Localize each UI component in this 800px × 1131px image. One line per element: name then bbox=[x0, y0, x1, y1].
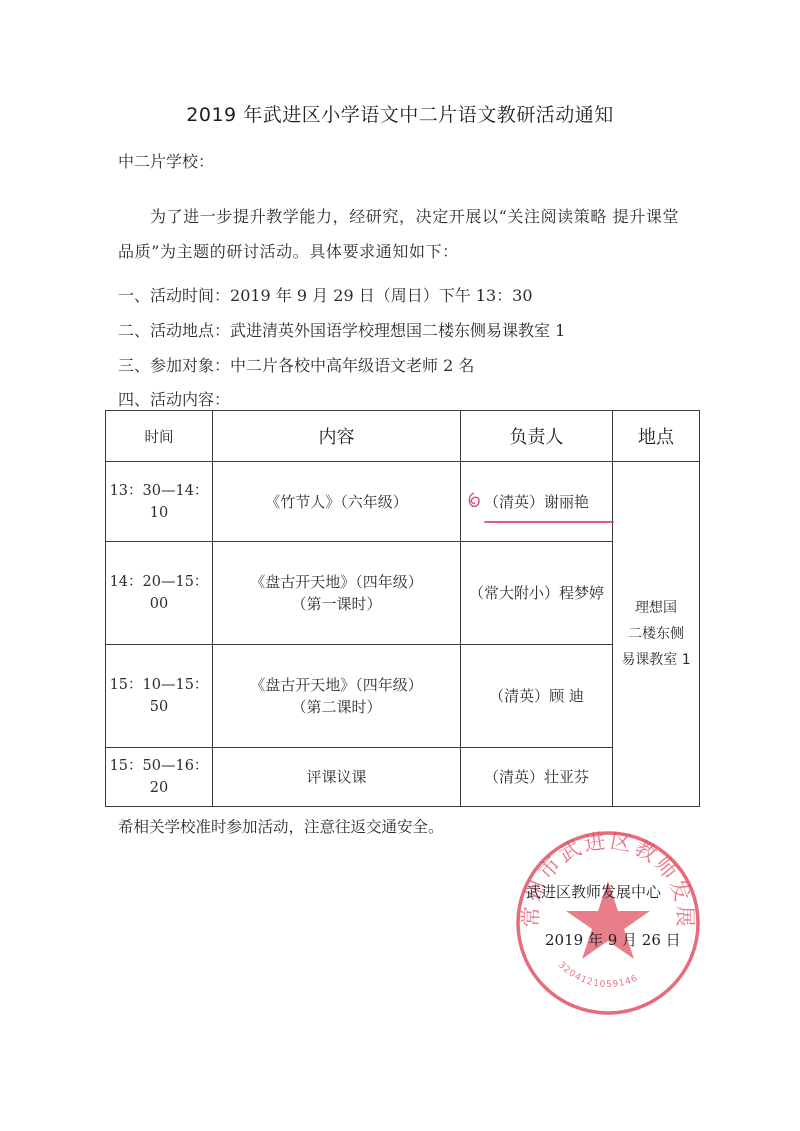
intro-paragraph-line-1: 为了进一步提升教学能力，经研究，决定开展以“关注阅读策略 提升课堂 bbox=[150, 204, 679, 227]
closing-remark: 希相关学校准时参加活动，注意往返交通安全。 bbox=[118, 815, 444, 837]
content-line: 《盘古开天地》（四年级） bbox=[213, 674, 460, 696]
cell-content: 《盘古开天地》（四年级） （第二课时） bbox=[213, 645, 461, 748]
item-label: 三、参加对象： bbox=[118, 356, 230, 375]
salutation: 中二片学校： bbox=[118, 149, 214, 172]
content-line: 《竹节人》（六年级） bbox=[213, 491, 460, 513]
svg-text:3204121059146: 3204121059146 bbox=[556, 960, 640, 990]
content-line: 《盘古开天地》（四年级） bbox=[213, 571, 460, 593]
item-activity-content: 四、活动内容： bbox=[118, 387, 230, 410]
content-line: （第一课时） bbox=[213, 593, 460, 615]
header-place: 地点 bbox=[613, 411, 700, 462]
table-row: 13：30—14：10 《竹节人》（六年级） （清英）谢丽艳 理想国 二楼东侧 … bbox=[106, 462, 700, 542]
cell-person: （常大附小）程梦婷 bbox=[461, 542, 613, 645]
item-label: 二、活动地点： bbox=[118, 321, 230, 340]
place-line: 二楼东侧 bbox=[613, 621, 699, 647]
person-name: （清英）谢丽艳 bbox=[484, 493, 589, 511]
cell-person: （清英）谢丽艳 bbox=[461, 462, 613, 542]
place-line: 易课教室 1 bbox=[613, 647, 699, 673]
cell-person: （清英）顾 迪 bbox=[461, 645, 613, 748]
official-seal-icon: 常州市武进区教师发展中心 3204121059146 bbox=[508, 823, 708, 1023]
signature-date: 2019 年 9 月 26 日 bbox=[545, 929, 681, 950]
cell-content: 评课议课 bbox=[213, 748, 461, 807]
cell-time: 15：50—16：20 bbox=[106, 748, 213, 807]
cell-time: 14：20—15：00 bbox=[106, 542, 213, 645]
cell-person: （清英）壮亚芬 bbox=[461, 748, 613, 807]
item-label: 一、活动时间： bbox=[118, 286, 230, 305]
cell-content: 《盘古开天地》（四年级） （第一课时） bbox=[213, 542, 461, 645]
cell-time: 13：30—14：10 bbox=[106, 462, 213, 542]
item-participants: 三、参加对象：中二片各校中高年级语文老师 2 名 bbox=[118, 353, 474, 376]
item-value: 武进清英外国语学校理想国二楼东侧易课教室 1 bbox=[230, 321, 565, 340]
header-content: 内容 bbox=[213, 411, 461, 462]
item-label: 四、活动内容： bbox=[118, 390, 230, 409]
content-line: 评课议课 bbox=[213, 766, 460, 788]
table-row: 15：10—15：50 《盘古开天地》（四年级） （第二课时） （清英）顾 迪 bbox=[106, 645, 700, 748]
person-annotated: （清英）谢丽艳 bbox=[484, 491, 589, 513]
item-value: 中二片各校中高年级语文老师 2 名 bbox=[230, 356, 474, 375]
item-activity-time: 一、活动时间：2019 年 9 月 29 日（周日）下午 13：30 bbox=[118, 283, 533, 306]
item-value: 2019 年 9 月 29 日（周日）下午 13：30 bbox=[230, 286, 533, 305]
schedule-table: 时间 内容 负责人 地点 13：30—14：10 《竹节人》（六年级） （清英）… bbox=[105, 410, 700, 807]
signature-organization: 武进区教师发展中心 bbox=[526, 881, 661, 902]
header-person: 负责人 bbox=[461, 411, 613, 462]
item-activity-location: 二、活动地点：武进清英外国语学校理想国二楼东侧易课教室 1 bbox=[118, 318, 565, 341]
intro-paragraph-line-2: 品质”为主题的研讨活动。具体要求通知如下： bbox=[118, 239, 459, 262]
document-title: 2019 年武进区小学语文中二片语文教研活动通知 bbox=[0, 100, 800, 127]
place-text: 理想国 二楼东侧 易课教室 1 bbox=[613, 595, 699, 673]
handwritten-mark-icon bbox=[466, 491, 482, 509]
table-row: 14：20—15：00 《盘古开天地》（四年级） （第一课时） （常大附小）程梦… bbox=[106, 542, 700, 645]
cell-content: 《竹节人》（六年级） bbox=[213, 462, 461, 542]
content-line: （第二课时） bbox=[213, 696, 460, 718]
table-header-row: 时间 内容 负责人 地点 bbox=[106, 411, 700, 462]
handwritten-underline bbox=[484, 521, 614, 523]
seal-code: 3204121059146 bbox=[556, 960, 640, 990]
place-line: 理想国 bbox=[613, 595, 699, 621]
cell-time: 15：10—15：50 bbox=[106, 645, 213, 748]
table-row: 15：50—16：20 评课议课 （清英）壮亚芬 bbox=[106, 748, 700, 807]
header-time: 时间 bbox=[106, 411, 213, 462]
cell-place: 理想国 二楼东侧 易课教室 1 bbox=[613, 462, 700, 807]
